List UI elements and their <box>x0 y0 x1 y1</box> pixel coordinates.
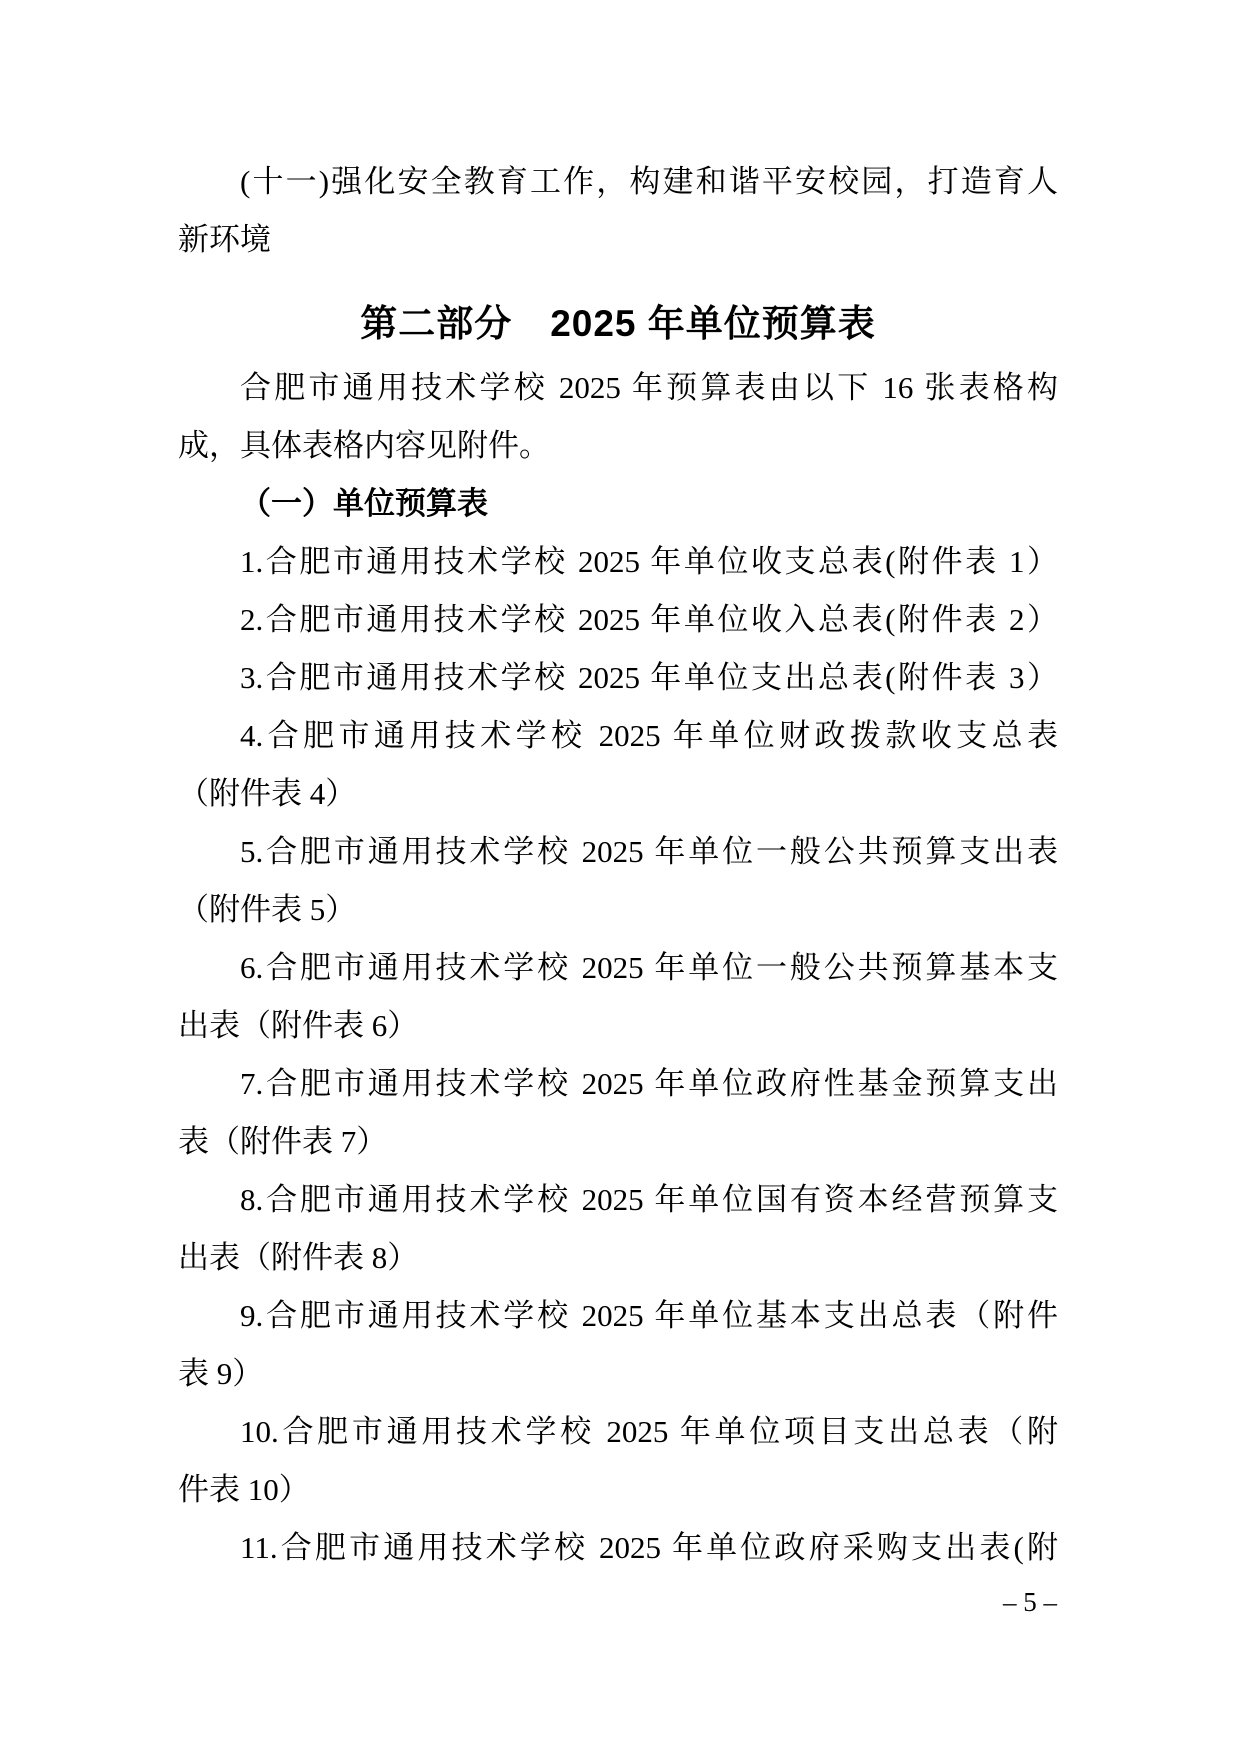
paragraph: 7.合肥市通用技术学校 2025 年单位政府性基金预算支出表（附件表 7） <box>178 1055 1058 1171</box>
paragraph: 2.合肥市通用技术学校 2025 年单位收入总表(附件表 2） <box>178 591 1058 649</box>
paragraph: 1.合肥市通用技术学校 2025 年单位收支总表(附件表 1） <box>178 533 1058 591</box>
page-number: – 5 – <box>1003 1586 1057 1618</box>
text-line: 9.合肥市通用技术学校 2025 年单位基本支出总表（附件 <box>178 1287 1058 1345</box>
paragraph: 10.合肥市通用技术学校 2025 年单位项目支出总表（附件表 10） <box>178 1403 1058 1519</box>
text-line: 表（附件表 7） <box>178 1113 1058 1171</box>
document-page: (十一)强化安全教育工作，构建和谐平安校园，打造育人新环境第二部分 2025 年… <box>0 0 1239 1754</box>
paragraph: 11.合肥市通用技术学校 2025 年单位政府采购支出表(附 <box>178 1519 1058 1577</box>
content-area: (十一)强化安全教育工作，构建和谐平安校园，打造育人新环境第二部分 2025 年… <box>178 153 1058 1577</box>
text-line: 新环境 <box>178 211 1058 269</box>
text-line: 7.合肥市通用技术学校 2025 年单位政府性基金预算支出 <box>178 1055 1058 1113</box>
text-line: 合肥市通用技术学校 2025 年预算表由以下 16 张表格构 <box>178 359 1058 417</box>
paragraph: 4.合肥市通用技术学校 2025 年单位财政拨款收支总表（附件表 4） <box>178 707 1058 823</box>
text-line: 4.合肥市通用技术学校 2025 年单位财政拨款收支总表 <box>178 707 1058 765</box>
text-line: 2.合肥市通用技术学校 2025 年单位收入总表(附件表 2） <box>178 591 1058 649</box>
text-line: 3.合肥市通用技术学校 2025 年单位支出总表(附件表 3） <box>178 649 1058 707</box>
text-line: 出表（附件表 8） <box>178 1229 1058 1287</box>
text-line: 出表（附件表 6） <box>178 997 1058 1055</box>
text-line: 成，具体表格内容见附件。 <box>178 417 1058 475</box>
text-line: 表 9） <box>178 1345 1058 1403</box>
text-line: （附件表 5） <box>178 881 1058 939</box>
text-line: 6.合肥市通用技术学校 2025 年单位一般公共预算基本支 <box>178 939 1058 997</box>
paragraph: 8.合肥市通用技术学校 2025 年单位国有资本经营预算支出表（附件表 8） <box>178 1171 1058 1287</box>
subsection-heading: （一）单位预算表 <box>178 475 1058 533</box>
text-line: 5.合肥市通用技术学校 2025 年单位一般公共预算支出表 <box>178 823 1058 881</box>
paragraph: 3.合肥市通用技术学校 2025 年单位支出总表(附件表 3） <box>178 649 1058 707</box>
paragraph: 5.合肥市通用技术学校 2025 年单位一般公共预算支出表（附件表 5） <box>178 823 1058 939</box>
paragraph: (十一)强化安全教育工作，构建和谐平安校园，打造育人新环境 <box>178 153 1058 269</box>
text-line: 11.合肥市通用技术学校 2025 年单位政府采购支出表(附 <box>178 1519 1058 1577</box>
text-line: (十一)强化安全教育工作，构建和谐平安校园，打造育人 <box>178 153 1058 211</box>
section-heading: 第二部分 2025 年单位预算表 <box>178 289 1058 359</box>
paragraph: 6.合肥市通用技术学校 2025 年单位一般公共预算基本支出表（附件表 6） <box>178 939 1058 1055</box>
text-line: 件表 10） <box>178 1461 1058 1519</box>
text-line: 1.合肥市通用技术学校 2025 年单位收支总表(附件表 1） <box>178 533 1058 591</box>
text-line: （附件表 4） <box>178 765 1058 823</box>
paragraph: 合肥市通用技术学校 2025 年预算表由以下 16 张表格构成，具体表格内容见附… <box>178 359 1058 475</box>
paragraph: 9.合肥市通用技术学校 2025 年单位基本支出总表（附件表 9） <box>178 1287 1058 1403</box>
text-line: 8.合肥市通用技术学校 2025 年单位国有资本经营预算支 <box>178 1171 1058 1229</box>
text-line: 10.合肥市通用技术学校 2025 年单位项目支出总表（附 <box>178 1403 1058 1461</box>
